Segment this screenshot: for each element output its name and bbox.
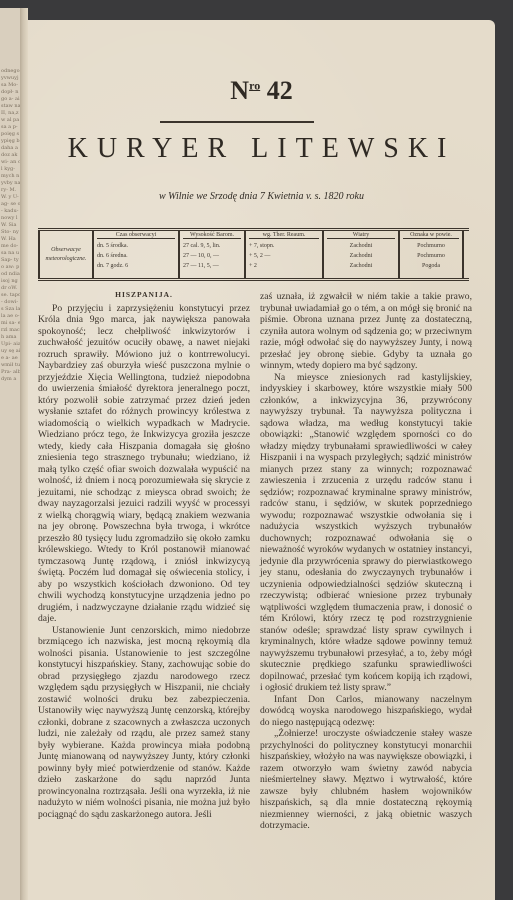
- weather-row-label: Obserwacye meteorologiczne.: [38, 231, 92, 278]
- cell: + 7, stopn.: [249, 241, 319, 251]
- number-suffix: ro: [249, 78, 260, 92]
- cell: 27 — 10, 0, —: [183, 251, 241, 261]
- article-column-left: HISZPANIJA. Po przyjęciu i zaprzysiężeni…: [38, 289, 250, 820]
- cell: dn. 5 środka.: [97, 241, 175, 251]
- weather-col-thermometer: wg. Ther. Reaum. + 7, stopn. + 5, 2 — + …: [244, 231, 322, 278]
- paragraph: Na mieysce zniesionych rad kastylijskiey…: [260, 372, 472, 694]
- cell: Zachodni: [327, 261, 395, 271]
- cell: Zachodni: [327, 241, 395, 251]
- cell: 27 — 11, 5, —: [183, 261, 241, 271]
- cell: Pochmurno: [403, 241, 459, 251]
- issue-number: Nro 42: [28, 76, 495, 106]
- header-barometer: Wysokość Barom.: [183, 232, 241, 239]
- book-gutter: [20, 8, 28, 900]
- newspaper-title: KURYER LITEWSKI: [28, 133, 495, 165]
- cell: Zachodni: [327, 251, 395, 261]
- paragraph: Ustanowienie Junt cenzorskich, mimo nied…: [38, 625, 250, 821]
- article-column-right: zaś uznała, iż zgwałcił w niém takie a t…: [260, 291, 472, 832]
- newspaper-page: Nro 42 KURYER LITEWSKI w Wilnie we Srzod…: [28, 20, 495, 900]
- header-sky: Oznaka w powie.: [403, 232, 459, 239]
- number-value: 42: [267, 76, 293, 105]
- weather-col-time: Czas obserwacyi dn. 5 środka. dn. 6 śred…: [92, 231, 178, 278]
- adjacent-page-text: odnego yvwuyj sa Mo- dopł- ngo a- aistaw…: [1, 68, 21, 383]
- paragraph: zaś uznała, iż zgwałcił w niém takie a t…: [260, 291, 472, 372]
- number-prefix: N: [230, 76, 249, 105]
- paragraph: „Żołnierze! uroczyste oświadczenie stałe…: [260, 728, 472, 832]
- masthead-rule: [160, 121, 314, 123]
- cell: dn. 7 godz. 6: [97, 261, 175, 271]
- dateline: w Wilnie we Srzodę dnia 7 Kwietnia v. s.…: [28, 191, 495, 202]
- cell: dn. 6 średna.: [97, 251, 175, 261]
- cell: Pogoda: [403, 261, 459, 271]
- adjacent-page-edge: odnego yvwuyj sa Mo- dopł- ngo a- aistaw…: [0, 8, 22, 900]
- weather-col-sky: Oznaka w powie. Pochmurno Pochmurno Pogo…: [398, 231, 464, 278]
- weather-col-barometer: Wysokość Barom. 27 cal. 9, 5, lin. 27 — …: [178, 231, 244, 278]
- cell: Pochmurno: [403, 251, 459, 261]
- weather-col-wind: Wiatry Zachodni Zachodni Zachodni: [322, 231, 398, 278]
- header-time: Czas obserwacyi: [97, 232, 175, 239]
- header-thermometer: wg. Ther. Reaum.: [249, 232, 319, 239]
- cell: + 5, 2 —: [249, 251, 319, 261]
- header-wind: Wiatry: [327, 232, 395, 239]
- section-heading: HISZPANIJA.: [38, 289, 250, 301]
- cell: + 2: [249, 261, 319, 271]
- paragraph: Po przyjęciu i zaprzysiężeniu konstytucy…: [38, 303, 250, 625]
- weather-observation-table: Obserwacye meteorologiczne. Czas obserwa…: [38, 228, 469, 281]
- paragraph: Infant Don Carlos, mianowany naczelnym d…: [260, 694, 472, 729]
- cell: 27 cal. 9, 5, lin.: [183, 241, 241, 251]
